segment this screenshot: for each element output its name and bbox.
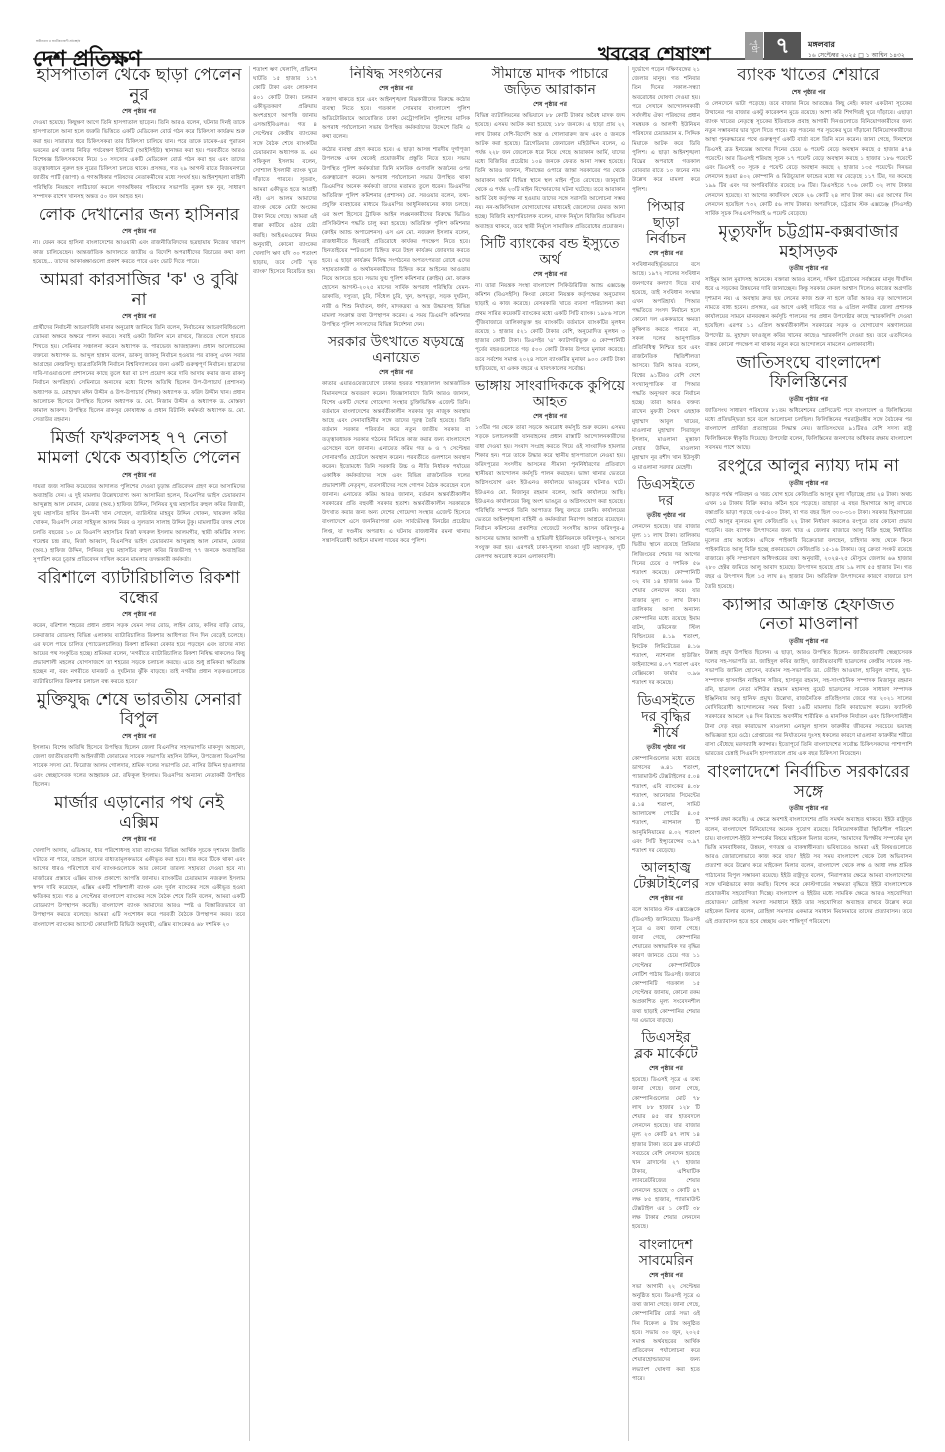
headline: মুক্তিযুদ্ধ শেষে ভারতীয় সেনারা বিপুল — [33, 691, 245, 730]
article-body: শতাংশ ঋণ খেলাপি, প্রভিশন ঘাটতি ১৫ হাজার … — [253, 66, 317, 278]
jump-line: শেষ পৃষ্ঠার পর — [632, 248, 700, 259]
article-banned-org[interactable]: নিষিদ্ধ সংগঠনের শেষ পৃষ্ঠার পর সজাগ থাকত… — [322, 66, 470, 142]
article-exim-merger[interactable]: মার্জার এড়ানোর পথ নেই এক্সিম শেষ পৃষ্ঠা… — [33, 794, 245, 930]
article-ctg-coxs-highway[interactable]: মৃত্যুফাঁদ চট্টগ্রাম-কক্সবাজার মহাসড়ক ত… — [705, 223, 912, 350]
article-body: সাইমুম আল মুরাদসহ অনেকে। বক্তারা আরও বলে… — [705, 276, 912, 350]
article-body: জাতিসংঘ সাধারণ পরিষদের ৮১তম অধিবেশনের প্… — [705, 407, 912, 453]
headline: বাংলাদেশে নির্বাচিত সরকারের সঙ্গে — [705, 763, 912, 802]
column-3: নিষিদ্ধ সংগঠনের শেষ পৃষ্ঠার পর সজাগ থাকত… — [322, 66, 470, 1441]
headline: বাংলাদেশ সাবমেরিন — [632, 1237, 700, 1269]
headline: ডিএসইর ব্লক মার্কেটে — [632, 1030, 700, 1062]
column-5: দুর্ভোগে পড়েন দক্ষিণবঙ্গের ২১ জেলার মান… — [632, 66, 700, 1441]
column-2: শতাংশ ঋণ খেলাপি, প্রভিশন ঘাটতি ১৫ হাজার … — [253, 66, 317, 1441]
article-body: কোম্পানিগুলোর মধ্যে রয়েছে ডাগসের ৬.৪১ শ… — [632, 755, 700, 856]
headline: মার্জার এড়ানোর পথ নেই এক্সিম — [33, 794, 245, 833]
headline: ব্যাংক খাতের শেয়ারে — [705, 66, 912, 86]
headline: আমরা কারসাজির 'ক' ও বুঝি না — [33, 271, 245, 310]
article-body: বিভিন্ন ব্যাটালিয়নের অভিযানে ৮৮ কোটি টা… — [475, 112, 625, 232]
article-un-palestine[interactable]: জাতিসংঘে বাংলাদেশ ফিলিস্তিনের তৃতীয় পৃষ… — [705, 354, 912, 453]
article-hasina[interactable]: লোক দেখানোর জন্য হাসিনার শেষ পৃষ্ঠার পর … — [33, 206, 245, 267]
article-bhanga-continued[interactable]: দুর্ভোগে পড়েন দক্ষিণবঙ্গের ২১ জেলার মান… — [632, 66, 700, 195]
article-body: খেলাপি আদায়, এডিআর, ধার পরিশোধসহ যারা ব… — [33, 847, 245, 930]
article-body: দায়রা জজ সাকির ফয়েজের আদালত পুলিশের দে… — [33, 483, 245, 566]
article-hefazat-leader[interactable]: ক্যান্সার আক্রান্ত হেফাজত নেতা মাওলানা ত… — [705, 596, 912, 760]
jump-line: শেষ পৃষ্ঠার পর — [33, 226, 245, 237]
article-body: আড়ত পর্যন্ত পরিবহন ও খরচ যোগ হয়ে কেজিপ… — [705, 491, 912, 592]
column-6: ব্যাংক খাতের শেয়ারে শেষ পৃষ্ঠার পর ও লে… — [705, 66, 912, 1441]
article-alhaj-textile[interactable]: আলহাজ্ব টেক্সটাইলের শেষ পৃষ্ঠার পর বলে আ… — [632, 860, 700, 1026]
jump-line: শেষ পৃষ্ঠার পর — [33, 106, 245, 117]
headline: সীমান্তে মাদক পাচারে জড়িত আরাকান — [475, 66, 625, 98]
jump-line: শেষ পৃষ্ঠার পর — [33, 731, 245, 742]
jump-line: শেষ পৃষ্ঠার পর — [33, 834, 245, 845]
article-karsaji[interactable]: আমরা কারসাজির 'ক' ও বুঝি না শেষ পৃষ্ঠার … — [33, 271, 245, 425]
article-body: লেনদেন হয়েছে। যার বাজার মূল্য ১১ লাখ টা… — [632, 523, 700, 689]
column-1: হাসপাতাল থেকে ছাড়া পেলেন নুর শেষ পৃষ্ঠা… — [33, 66, 245, 1441]
headline: বরিশালে ব্যাটারিচালিত রিকশা বন্ধের — [33, 569, 245, 608]
article-mirza-fakhrul[interactable]: মির্জা ফখরুলসহ ৭৭ নেতা মামলা থেকে অব্যাহ… — [33, 429, 245, 565]
jump-line: তৃতীয় পৃষ্ঠার পর — [705, 263, 912, 274]
article-exim-continued[interactable]: শতাংশ ঋণ খেলাপি, প্রভিশন ঘাটতি ১৫ হাজার … — [253, 66, 317, 278]
article-bank-shares[interactable]: ব্যাংক খাতের শেয়ারে শেষ পৃষ্ঠার পর ও লে… — [705, 66, 912, 219]
headline: সিটি ব্যাংকের বন্ড ইস্যুতে অর্থ — [475, 236, 625, 268]
article-body: উল্লাহ প্রমুখ উপস্থিত ছিলেন। এ ছাড়া, আর… — [705, 649, 912, 759]
headline: মৃত্যুফাঁদ চট্টগ্রাম-কক্সবাজার মহাসড়ক — [705, 223, 912, 262]
article-body: হয়েছে। ডিএসই সূত্রে এ তথ্য জানা গেছে। জ… — [632, 1076, 700, 1232]
article-body: বলে আবারও স্টক এক্সচেঞ্জকে (ডিএসই) জানিয… — [632, 906, 700, 1026]
jump-line: তৃতীয় পৃষ্ঠার পর — [705, 394, 912, 405]
article-enayet-conspiracy[interactable]: সরকার উৎখাতে ষড়যন্ত্রে এনায়েত শেষ পৃষ্… — [322, 334, 470, 546]
article-dse-top-gainers[interactable]: ডিএসইতে দর বৃদ্ধির শীর্ষে তৃতীয় পৃষ্ঠার… — [632, 693, 700, 857]
article-body: সম্পর্ক রক্ষা করেছি। এ ক্ষেত্রে অবশ্যই ব… — [705, 816, 912, 926]
article-body: ও লেনদেনে ভাটা পড়েছে। তবে বাজার নিয়ে আ… — [705, 100, 912, 220]
article-body: কঠোর ব্যবস্থা গ্রহণ করতে হবে। এ ছাড়া আস… — [322, 146, 470, 330]
headline: পিআর ছাড়া নির্বাচন — [632, 199, 700, 247]
jump-line: শেষ পৃষ্ঠার পর — [632, 1270, 700, 1281]
article-liberation-war[interactable]: মুক্তিযুদ্ধ শেষে ভারতীয় সেনারা বিপুল শে… — [33, 691, 245, 790]
column-divider — [628, 66, 629, 1441]
article-body: সজাগ থাকতে হবে এবং আইনশৃঙ্খলা বিঘ্নকারীদ… — [322, 96, 470, 142]
article-city-bank-bond[interactable]: সিটি ব্যাংকের বন্ড ইস্যুতে অর্থ শেষ পৃষ্… — [475, 236, 625, 374]
article-body: না। যেমন করে হাসিনা বাংলাদেশের আওয়ামী এ… — [33, 239, 245, 267]
headline: ক্যান্সার আক্রান্ত হেফাজত নেতা মাওলানা — [705, 596, 912, 635]
jump-line: শেষ পৃষ্ঠার পর — [705, 87, 912, 98]
jump-line: শেষ পৃষ্ঠার পর — [33, 311, 245, 322]
jump-line: শেষ পৃষ্ঠার পর — [322, 83, 470, 94]
headline: ডিএসইতে দর বৃদ্ধির শীর্ষে — [632, 693, 700, 741]
jump-line: তৃতীয় পৃষ্ঠার পর — [705, 478, 912, 489]
jump-line: শেষ পৃষ্ঠার পর — [33, 470, 245, 481]
headline: হাসপাতাল থেকে ছাড়া পেলেন নুর — [33, 66, 245, 105]
jump-line: শেষ পৃষ্ঠার পর — [475, 269, 625, 280]
jump-line: তৃতীয় পৃষ্ঠার পর — [705, 636, 912, 647]
article-dse-block-market[interactable]: ডিএসইর ব্লক মার্কেটে শেষ পৃষ্ঠার পর হয়ে… — [632, 1030, 700, 1233]
article-body: সভা আগামী ২২ সেপ্টেম্বর অনুষ্ঠিত হবে। ডি… — [632, 1283, 700, 1384]
article-pr-election[interactable]: পিআর ছাড়া নির্বাচন শেষ পৃষ্ঠার পর সংবিধ… — [632, 199, 700, 473]
jump-line: শেষ পৃষ্ঠার পর — [322, 367, 470, 378]
headline: সরকার উৎখাতে ষড়যন্ত্রে এনায়েত — [322, 334, 470, 366]
article-body: ১৩টির পর থেকে তারা সড়কে অবরোধ কর্মসূচি … — [475, 424, 625, 562]
headline: মির্জা ফখরুলসহ ৭৭ নেতা মামলা থেকে অব্যাহ… — [33, 429, 245, 468]
headline: নিষিদ্ধ সংগঠনের — [322, 66, 470, 82]
article-body: করেন, বরিশাল শহরের প্রধান প্রধান সড়ক যে… — [33, 622, 245, 686]
article-rangpur-potato[interactable]: রংপুরে আলুর ন্যায্য দাম না তৃতীয় পৃষ্ঠা… — [705, 457, 912, 592]
headline: জাতিসংঘে বাংলাদেশ ফিলিস্তিনের — [705, 354, 912, 393]
jump-line: শেষ পৃষ্ঠার পর — [33, 609, 245, 620]
headline: রংপুরে আলুর ন্যায্য দাম না — [705, 457, 912, 477]
article-body: না। তারা নিয়ন্ত্রক সংস্থা বাংলাদেশ সিকি… — [475, 282, 625, 374]
article-dmp-meeting[interactable]: কঠোর ব্যবস্থা গ্রহণ করতে হবে। এ ছাড়া আস… — [322, 146, 470, 330]
article-dse-price[interactable]: ডিএসইতে দর তৃতীয় পৃষ্ঠার পর লেনদেন হয়ে… — [632, 477, 700, 689]
article-barishal-rickshaw[interactable]: বরিশালে ব্যাটারিচালিত রিকশা বন্ধের শেষ প… — [33, 569, 245, 687]
article-body: প্রার্থীদের নির্বাচনী আচরণবিধি মানার অনু… — [33, 324, 245, 425]
jump-line: তৃতীয় পৃষ্ঠার পর — [705, 803, 912, 814]
issue-date: ১৬ সেপ্টেম্বর ২০২৫ □ ১ আশ্বিন ১৪৩২ — [808, 50, 905, 61]
jump-line: শেষ পৃষ্ঠার পর — [632, 1063, 700, 1074]
column-divider — [249, 66, 250, 1441]
article-eu-elected-govt[interactable]: বাংলাদেশে নির্বাচিত সরকারের সঙ্গে তৃতীয়… — [705, 763, 912, 927]
article-body: কাতার এয়ারওয়েজযোগে ঢাকার হযরত শাহজালাল… — [322, 380, 470, 546]
page-label: পৃষ্ঠা — [745, 32, 763, 60]
headline: লোক দেখানোর জন্য হাসিনার — [33, 206, 245, 226]
masthead: স্বাধীনতার ও জাতীয়তাবাদী প্রতিচ্ছবি দেশ… — [33, 30, 913, 60]
jump-line: শেষ পৃষ্ঠার পর — [632, 893, 700, 904]
page-number: ৭ — [764, 32, 801, 60]
article-arakan-drugs[interactable]: সীমান্তে মাদক পাচারে জড়িত আরাকান শেষ পৃ… — [475, 66, 625, 232]
article-body: দুর্ভোগে পড়েন দক্ষিণবঙ্গের ২১ জেলার মান… — [632, 66, 700, 195]
jump-line: শেষ পৃষ্ঠার পর — [475, 411, 625, 422]
article-body: ইসলাম। বিশেষ অতিথি হিসেবে উপস্থিত ছিলেন … — [33, 744, 245, 790]
column-4: সীমান্তে মাদক পাচারে জড়িত আরাকান শেষ পৃ… — [475, 66, 625, 1441]
article-body: দেওয়া হয়েছে। কিছুক্ষণ আগে তিনি হাসপাতা… — [33, 119, 245, 202]
jump-line: তৃতীয় পৃষ্ঠার পর — [632, 742, 700, 753]
article-bhanga-journalist[interactable]: ভাঙ্গায় সাংবাদিককে কুপিয়ে আহত শেষ পৃষ্… — [475, 378, 625, 562]
article-nur-hospital[interactable]: হাসপাতাল থেকে ছাড়া পেলেন নুর শেষ পৃষ্ঠা… — [33, 66, 245, 202]
article-bd-submarine[interactable]: বাংলাদেশ সাবমেরিন শেষ পৃষ্ঠার পর সভা আগা… — [632, 1237, 700, 1384]
headline: ডিএসইতে দর — [632, 477, 700, 509]
jump-line: শেষ পৃষ্ঠার পর — [475, 99, 625, 110]
headline: ভাঙ্গায় সাংবাদিককে কুপিয়ে আহত — [475, 378, 625, 410]
jump-line: তৃতীয় পৃষ্ঠার পর — [632, 510, 700, 521]
article-body: সংবিধানবহির্ভূতভাবে বসে আছে। ১৯৭২ সালের … — [632, 261, 700, 473]
headline: আলহাজ্ব টেক্সটাইলের — [632, 860, 700, 892]
